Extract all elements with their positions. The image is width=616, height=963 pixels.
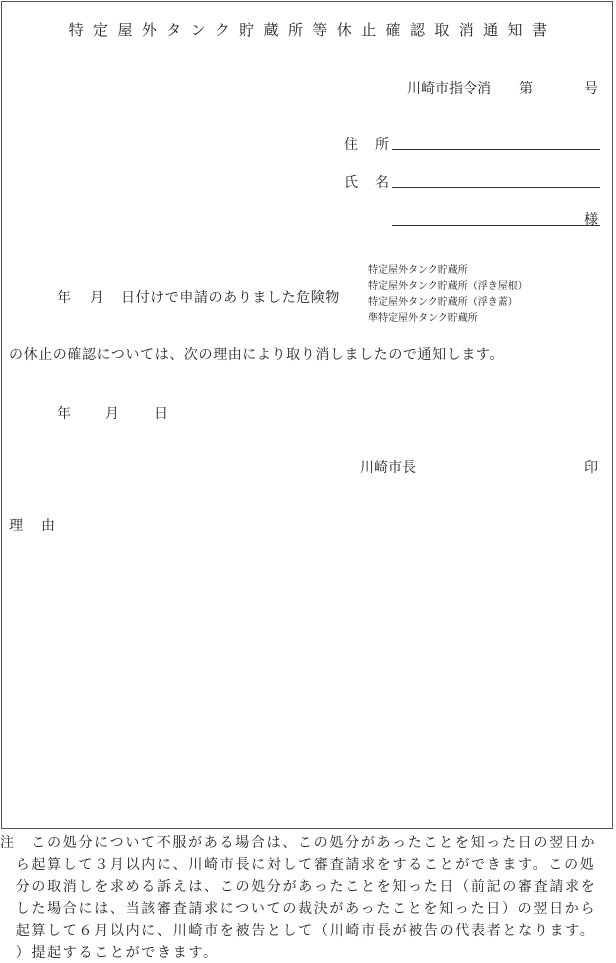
body-sentence: の休止の確認については、次の理由により取り消しましたので通知します。 bbox=[9, 344, 504, 364]
reason-label-2: 由 bbox=[41, 515, 55, 535]
facility-type-item: 特定屋外タンク貯蔵所 bbox=[368, 263, 528, 279]
footer-note-line: 分の取消しを求める訴えは、この処分があったことを知った日（前記の審査請求を bbox=[0, 876, 596, 898]
reason-field[interactable] bbox=[9, 540, 605, 820]
issuer-name: 川崎市長 bbox=[360, 457, 416, 477]
name-field[interactable] bbox=[392, 187, 600, 188]
honorific: 様 bbox=[584, 209, 598, 229]
application-year-label: 年 bbox=[57, 287, 71, 307]
document-title: 特定屋外タンク貯蔵所等休止確認取消通知書 bbox=[0, 19, 616, 40]
facility-type-item: 準特定屋外タンク貯蔵所 bbox=[368, 311, 528, 327]
name-label-2: 名 bbox=[375, 172, 389, 192]
footer-note: 注 この処分について不服がある場合は、この処分があったことを知った日の翌日か ら… bbox=[0, 832, 596, 963]
footer-note-line: 起算して６月以内に、川崎市を被告として（川崎市長が被告の代表者となります。 bbox=[0, 920, 596, 942]
footer-note-line: した場合には、当該審査請求についての裁決があったことを知った日）の翌日から bbox=[0, 898, 596, 920]
doc-number-prefix: 川崎市指令消 bbox=[407, 78, 491, 98]
application-text: 日付けで申請のありました危険物 bbox=[121, 287, 340, 307]
application-month-label: 月 bbox=[90, 287, 104, 307]
footer-note-line: ら起算して３月以内に、川崎市長に対して審査請求をすることができます。この処 bbox=[0, 854, 596, 876]
address-label-1: 住 bbox=[344, 134, 358, 154]
facility-type-item: 特定屋外タンク貯蔵所（浮き屋根） bbox=[368, 279, 528, 295]
seal-mark: 印 bbox=[584, 457, 598, 477]
recipient-field[interactable] bbox=[392, 225, 600, 226]
date-month-label: 月 bbox=[105, 403, 119, 423]
doc-number-go: 号 bbox=[584, 78, 598, 98]
name-label-1: 氏 bbox=[344, 172, 358, 192]
doc-number-dai: 第 bbox=[519, 78, 533, 98]
date-year-label: 年 bbox=[57, 403, 71, 423]
address-label-2: 所 bbox=[375, 134, 389, 154]
footer-note-line: ）提起することができます。 bbox=[0, 942, 596, 963]
facility-type-list: 特定屋外タンク貯蔵所 特定屋外タンク貯蔵所（浮き屋根） 特定屋外タンク貯蔵所（浮… bbox=[368, 263, 528, 327]
date-day-label: 日 bbox=[154, 403, 168, 423]
footer-note-line: 注 この処分について不服がある場合は、この処分があったことを知った日の翌日か bbox=[0, 832, 596, 854]
facility-type-item: 特定屋外タンク貯蔵所（浮き蓋） bbox=[368, 295, 528, 311]
reason-label-1: 理 bbox=[9, 515, 23, 535]
address-field[interactable] bbox=[392, 149, 600, 150]
